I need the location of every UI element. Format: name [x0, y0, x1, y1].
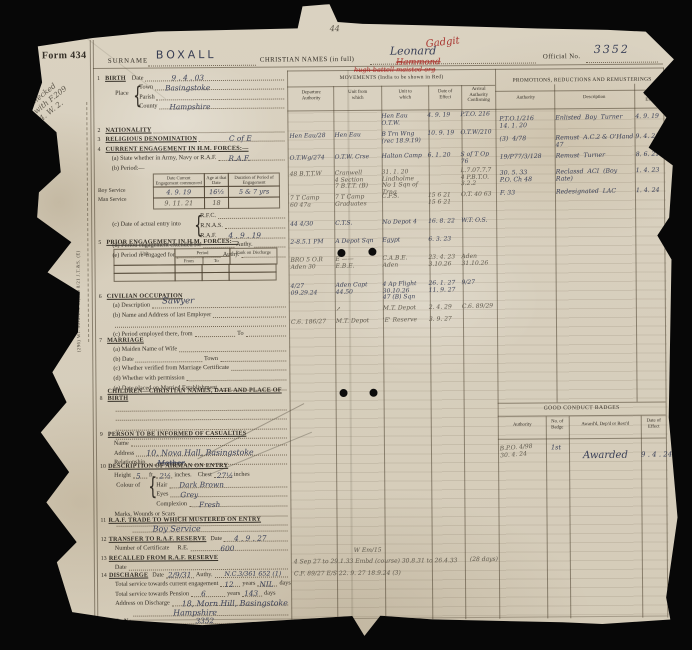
movements-red-annotation: hugh battell maisted org: [354, 66, 435, 74]
section-title: PERSON TO BE INFORMED OF CASUALTIES: [108, 429, 247, 437]
col-authority: Authority: [498, 95, 553, 101]
birth-parish-line: Parish: [139, 92, 286, 101]
movement-cell: O.T.W. Crse: [334, 154, 381, 168]
employer-label: (b) Name and Address of last Employer: [113, 311, 211, 319]
section-title: CURRENT ENGAGEMENT IN H.M. FORCES:—: [106, 144, 249, 152]
eyes-value: Grey: [180, 491, 198, 498]
section-number: 1: [97, 75, 105, 81]
discharge-date-label: Date: [152, 571, 164, 578]
chest-value: 27½: [217, 472, 233, 479]
dotted-leader: N.C.3/361 652 (1): [215, 574, 288, 578]
section-number: 6: [99, 293, 107, 299]
badge-date-value: 9 . 4 . 24: [641, 450, 672, 458]
movement-cell: C.F.S.: [381, 193, 427, 207]
section-title: CHILDREN—CHRISTIAN NAMES, DATE AND PLACE…: [107, 386, 288, 401]
section-number: 3: [98, 136, 106, 142]
movement-cell: Halton Camp: [381, 153, 427, 167]
official-no-value: 3352: [594, 44, 630, 57]
movement-cell: Aden Capt 44.50: [335, 282, 382, 303]
movement-cell: No Depot 4: [381, 219, 427, 227]
section-title: PRIOR ENGAGEMENT IN H.M. FORCES:—: [106, 237, 238, 245]
contact-address-value: 10, Nova Hall, Basingstoke: [146, 449, 253, 458]
dotted-leader: 6: [191, 594, 225, 597]
man-service-duration: [228, 196, 280, 208]
discharge-address-value: 18, Morn Hill, Basingstoke: [182, 599, 288, 608]
dotted-leader: 27½: [214, 475, 232, 478]
movement-cell: 23. 4. 23 3.10.26: [427, 254, 460, 268]
dotted-leader: 2/9/31: [166, 575, 194, 578]
height-inches-value: 2½: [159, 472, 171, 479]
movement-cell: O.T.Wg/274: [289, 155, 334, 169]
service-branch-value: R.A.F.: [228, 155, 250, 162]
movement-cell: Hen Eau: [333, 132, 380, 146]
reserve-pencil-note: 4 Sep 27 to 29.1.33 Embd (course) 30.8.3…: [294, 558, 458, 566]
movement-cell: [288, 115, 333, 129]
section-number: 8: [100, 396, 108, 402]
dotted-leader: Basingstoke: [155, 87, 284, 91]
man-service-label: Man Service: [98, 197, 126, 204]
promotion-authority: P.T.O.1/216 14. 1. 20: [498, 115, 554, 130]
complexion-label: Complexion: [156, 500, 187, 507]
promotion-description: Enlisted Boy Turner: [554, 113, 634, 128]
movement-cell: M.T. Depot: [382, 305, 428, 313]
contact-name-label: Name: [114, 440, 129, 447]
movement-cell: C.A.B.E. Aden: [381, 255, 427, 269]
promotion-date: 1. 4. 24: [635, 187, 667, 195]
birth-county-value: Hampshire: [169, 103, 210, 111]
dotted-leader: [115, 324, 286, 328]
promotion-description: Remust Turner: [555, 151, 635, 159]
reserve-pencil-note: C.F. 89/27 E/S 22. 9. 27 18.9.24 (3): [294, 571, 401, 579]
movement-cell: 26. 1. 27 11. 9. 27: [428, 280, 461, 300]
dotted-leader: 5: [133, 476, 147, 479]
punch-hole: [370, 389, 378, 397]
christian-names-label: CHRISTIAN NAMES (in full): [260, 56, 354, 65]
hair-value: Dark Brown: [179, 481, 224, 489]
complexion-value: Fresh: [199, 501, 220, 508]
colour-of-label: Colour of: [116, 482, 140, 489]
rank-header: Rank on Discharge: [236, 249, 271, 254]
section-cr-no: 15 C.R. No. 3352: [101, 613, 290, 624]
dotted-leader: [179, 349, 286, 353]
movement-cell: C.6. 186/27: [290, 319, 335, 327]
movement-cell: S of T Op 76: [460, 151, 497, 165]
movement-cell: P.T.O. 216: [459, 111, 496, 125]
reserve-pencil-note: (28 days): [470, 557, 498, 564]
marriage-cert-label: (c) Whether verified from Marriage Certi…: [113, 364, 229, 372]
section-title: MARRIAGE: [107, 336, 144, 343]
col-badge-date: Date of Effect: [641, 418, 667, 429]
section-birth: 1 BIRTH Date 9 . 4 . 03 { Place Town Bas…: [97, 70, 286, 110]
dotted-leader: 10, Nova Hall, Basingstoke: [136, 452, 287, 456]
height-feet-value: 5: [136, 473, 141, 480]
movement-cell: C.T.S.: [334, 220, 381, 228]
dotted-leader: [231, 368, 286, 371]
surname-label: SURNAME: [108, 58, 148, 66]
engagement-years-value: 12: [224, 581, 233, 588]
inches-label: inches.: [174, 471, 191, 478]
movement-cell: Hen Eau/28: [288, 133, 333, 147]
movements-title: MOVEMENTS (India to be shown in Red): [289, 74, 494, 82]
section-title: TRANSFER TO R.A.F. RESERVE: [109, 535, 207, 543]
entry-into-label: (c) Date of actual entry into: [112, 220, 181, 228]
badge-no-value: 1st: [551, 444, 561, 452]
maiden-name-label: (a) Maiden Name of Wife: [113, 346, 177, 354]
reserve-pencil-note: W Em/15: [354, 548, 382, 555]
movement-cell: [290, 307, 335, 315]
promotion-description: Redesignated LAC: [555, 187, 635, 195]
dotted-leader: [131, 443, 287, 447]
birth-date-value: 9 . 4 . 03: [171, 74, 204, 82]
pension-years-value: 6: [201, 591, 206, 598]
section-title: RECALLED FROM R.A.F. RESERVE: [109, 554, 218, 562]
dotted-leader: [187, 377, 287, 381]
eyes-label: Eyes: [156, 491, 168, 498]
height-line: Height 5 ft. 2½ inches. Chest 27½ inches: [114, 470, 289, 479]
movement-cell: 6. 1. 20: [427, 152, 460, 166]
dotted-leader: 143: [242, 593, 262, 596]
promotion-date: 8. 6. 21: [635, 151, 667, 159]
period-table: Boy Service Man Service Date Current Eng…: [138, 172, 280, 209]
movement-cell: 2-8.5.1 PM: [289, 239, 334, 247]
pension-days-value: 143: [244, 590, 258, 597]
dotted-leader: Hampshire: [160, 106, 285, 110]
col-unit-from: Unit from which: [334, 90, 381, 101]
rule: [287, 67, 664, 71]
section-number: 14: [101, 572, 109, 578]
movement-cell: 16. 8. 22: [427, 218, 460, 225]
dotted-leader: 12: [220, 584, 240, 587]
discharge-authy-value: N.C.3/361 652 (1): [225, 572, 282, 579]
marriage-date-label: (b) Date: [113, 355, 134, 362]
dotted-leader: [136, 359, 202, 363]
movement-cell: E —— E.B.E.: [334, 256, 381, 270]
section-prior-engagement: 5 PRIOR ENGAGEMENT IN H.M. FORCES:— Unit…: [98, 234, 287, 281]
promotion-authority: 19/P77/3/128: [499, 153, 555, 161]
movement-cell: O.T.W/210: [459, 129, 496, 143]
rule: [86, 102, 89, 342]
promotion-date: 9. 4. 21: [634, 133, 666, 148]
transfer-date-label: Date: [210, 535, 222, 542]
movement-cell: 4. 9. 19: [426, 112, 459, 126]
promotion-authority: 30. 5. 33 P.O. Ch 48: [499, 169, 555, 184]
movement-cell: 7 T Camp Graduates: [334, 194, 381, 208]
col-badge-award: Award'd, Dep'd or Rest'd: [571, 422, 640, 428]
dotted-leader: R.A.F.: [218, 158, 284, 162]
dotted-leader: Grey: [170, 494, 287, 498]
promotion-description: Remust A.C.2 & O'Hand 47: [554, 133, 634, 148]
engagement-days-value: NIL: [259, 580, 273, 587]
promotion-date: 1. 4. 23: [635, 167, 667, 182]
promotion-authority: F. 33: [499, 189, 555, 197]
birth-date-line: 1 BIRTH Date 9 . 4 . 03: [97, 72, 286, 81]
prior-col-unit: Unit: [113, 248, 175, 265]
dotted-leader: 2½: [156, 476, 172, 479]
place-brace: {: [133, 85, 142, 109]
movement-cell: A Depot Sqn: [334, 238, 381, 246]
movement-cell: Hen Eau O.T.W.: [380, 113, 426, 127]
years-label: years: [227, 590, 240, 597]
movement-cell: 15 6 21 15 6 21: [427, 192, 460, 206]
movement-cell: M.T. Depot: [335, 318, 382, 326]
promotion-date: 4. 9. 19: [634, 113, 666, 128]
movement-cell: C.6. 89/29: [461, 303, 498, 310]
contact-address-label: Address: [114, 449, 134, 456]
height-label: Height: [114, 472, 131, 479]
section-marriage: 7 MARRIAGE (a) Maiden Name of Wife (b) D…: [99, 332, 288, 391]
chest-inches-label: inches: [234, 471, 250, 478]
dotted-leader: 3352: [136, 620, 289, 624]
dotted-leader: [220, 358, 286, 362]
section-raf-trade: 11 R.A.F. TRADE TO WHICH MUSTERED ON ENT…: [100, 512, 289, 533]
hair-label: Hair: [156, 481, 167, 488]
dotted-leader: 9 . 4 . 03: [145, 77, 284, 81]
dotted-leader: [225, 225, 285, 228]
discharge-date-value: 2/9/31: [168, 572, 192, 579]
section-number: 13: [101, 555, 109, 561]
badge-award-value: Awarded: [583, 450, 628, 462]
movement-cell: 7 T Camp 60 47a: [289, 195, 334, 209]
section-number: 5: [98, 239, 106, 245]
movement-cell: 6. 3. 23: [427, 236, 460, 243]
section-title: R.A.F. TRADE TO WHICH MUSTERED ON ENTRY: [108, 515, 261, 523]
section-civilian-occupation: 6 CIVILIAN OCCUPATION (a) Description Sa…: [99, 288, 288, 337]
col-badge-authority: Authority: [500, 422, 545, 428]
dotted-leader: [218, 216, 285, 220]
man-service-date: 9. 11. 21: [153, 197, 205, 209]
section-number: 10: [100, 463, 108, 469]
permission-label: (d) Whether with permission: [113, 374, 184, 382]
movement-cell: BRO 5 O.R Aden 30: [289, 257, 334, 271]
section-title: BIRTH: [105, 74, 126, 81]
surname-value: BOXALL: [156, 49, 217, 62]
promotions-title: PROMOTIONS, REDUCTIONS AND REMUSTERINGS: [497, 76, 667, 84]
section-number: 15: [101, 618, 109, 624]
movement-cell: 9/27: [461, 279, 498, 300]
movement-cell: 4 Ap Flight 30.10.26 47 (B) Sqn: [382, 281, 428, 302]
dotted-leader: NIL: [257, 584, 277, 587]
days-label: days: [264, 589, 275, 596]
col-arrival-authority: Arrival Authority Confirming: [462, 87, 495, 104]
birth-town-line: Town Basingstoke: [139, 82, 286, 91]
movement-cell: 44 4/30: [289, 221, 334, 229]
section-number: 9: [100, 431, 108, 437]
col-badge-no: No. of Badge: [547, 419, 568, 430]
official-no-label: Official No.: [543, 53, 581, 61]
section-discharge: 14 DISCHARGE Date 2/9/31 Authy. N.C.3/36…: [101, 567, 290, 616]
col-promo-date: Date of Effect: [635, 91, 667, 102]
dotted-leader: [213, 314, 286, 318]
period-label: (b) Period:—: [112, 164, 145, 171]
col-description: Description: [555, 95, 633, 101]
chest-label: Chest: [198, 471, 212, 478]
service-pension-label: Total service towards Pension: [115, 590, 189, 598]
section-number: 12: [101, 536, 109, 542]
movement-cell: [333, 114, 380, 128]
section-title: DISCHARGE: [109, 571, 148, 578]
colour-brace: {: [148, 476, 157, 500]
movement-cell: 2. 4. 29: [428, 304, 461, 311]
dotted-leader: Dark Brown: [169, 484, 287, 488]
promotion-description: Reclassd ACI (Boy Rate): [555, 167, 635, 182]
occupation-label: (a) Description: [113, 302, 150, 309]
record-sheet: Form 434 44 SURNAME BOXALL CHRISTIAN NAM…: [0, 0, 692, 650]
col-unit-to: Unit to which: [382, 89, 428, 100]
promotion-authority: (3) 4/78: [498, 135, 554, 150]
form-number: Form 434: [42, 50, 87, 62]
punch-hole: [368, 248, 376, 256]
movement-cell: Egypt: [381, 237, 427, 245]
section-number: 11: [101, 517, 109, 523]
boy-service-label: Boy Service: [98, 188, 126, 195]
dotted-leader: 4 . 9 . 27: [224, 538, 288, 541]
days-label: days: [279, 580, 290, 587]
movement-cell: ↗: [335, 306, 382, 314]
service-branch-label: (a) State whether in Army, Navy or R.A.F…: [112, 154, 217, 162]
birth-town-value: Basingstoke: [165, 84, 210, 92]
movement-cell: 4/27 09.29.24: [290, 283, 335, 304]
movement-cell: [461, 315, 498, 322]
movement-cell: 10. 9. 19: [426, 130, 459, 144]
movement-cell: 'E' Reserve: [382, 317, 428, 325]
dotted-leader: Fresh: [189, 503, 287, 507]
dotted-leader: [157, 96, 285, 100]
badges-title: GOOD CONDUCT BADGES: [498, 404, 666, 412]
discharge-authy-label: Authy.: [196, 571, 213, 578]
punch-hole: [340, 389, 348, 397]
top-pencil-note: 44: [330, 24, 340, 33]
movement-cell: O.T. 40 63: [460, 191, 497, 205]
red-annotation-gadgit: Gadgit: [425, 35, 460, 50]
man-service-age: 18: [204, 197, 230, 209]
checked-pencil-note: Checked with F.209 4. W. 2.: [26, 77, 74, 123]
rnas-label: R.N.A.S.: [200, 222, 223, 229]
transfer-date-value: 4 . 9 . 27: [234, 535, 267, 543]
dotted-leader: [116, 407, 287, 411]
cr-no-value: 3352: [196, 617, 215, 624]
prior-col-rank: Rank on Discharge: [229, 247, 277, 264]
col-departure-authority: Departure Authority: [289, 90, 333, 101]
birth-county-line: County Hampshire: [139, 101, 286, 110]
marriage-town-label: Town: [204, 355, 218, 362]
movement-cell: [460, 235, 497, 242]
section-transfer-reserve: 12 TRANSFER TO R.A.F. RESERVE Date 4 . 9…: [101, 531, 290, 552]
movement-cell: W.T. O.S.: [460, 217, 497, 224]
movement-cell: B Trn Wng (rec 18.9.19): [380, 131, 426, 145]
section-title: DESCRIPTION OF AIRMAN ON ENTRY: [108, 462, 228, 470]
unit-header: Unit: [140, 250, 148, 255]
occupation-value: Sawyer: [162, 297, 194, 309]
movement-cell: Aden 31.10.26: [460, 253, 497, 267]
col-date-of-effect: Date of Effect: [429, 89, 461, 100]
prior-col-period: Period From To: [174, 247, 230, 264]
dotted-leader: Sawyer: [152, 305, 286, 309]
date-label: Date: [132, 74, 144, 81]
dotted-leader: [116, 417, 287, 421]
dotted-leader: 18, Morn Hill, Basingstoke: [172, 603, 288, 607]
years-label: years: [242, 580, 255, 587]
service-engagement-label: Total service towards current engagement: [115, 580, 218, 588]
printer-code: (296) Wt. 9672/292 80,000 8/21 J.T.&S. (…: [76, 152, 83, 352]
movement-cell: 3. 9. 27: [428, 316, 461, 323]
section-number: 7: [99, 337, 107, 343]
place-label: Place: [115, 90, 128, 97]
discharge-address-label: Address on Discharge: [115, 600, 170, 607]
section-title: C.R. No.: [109, 617, 133, 624]
section-number: 4: [98, 146, 106, 152]
